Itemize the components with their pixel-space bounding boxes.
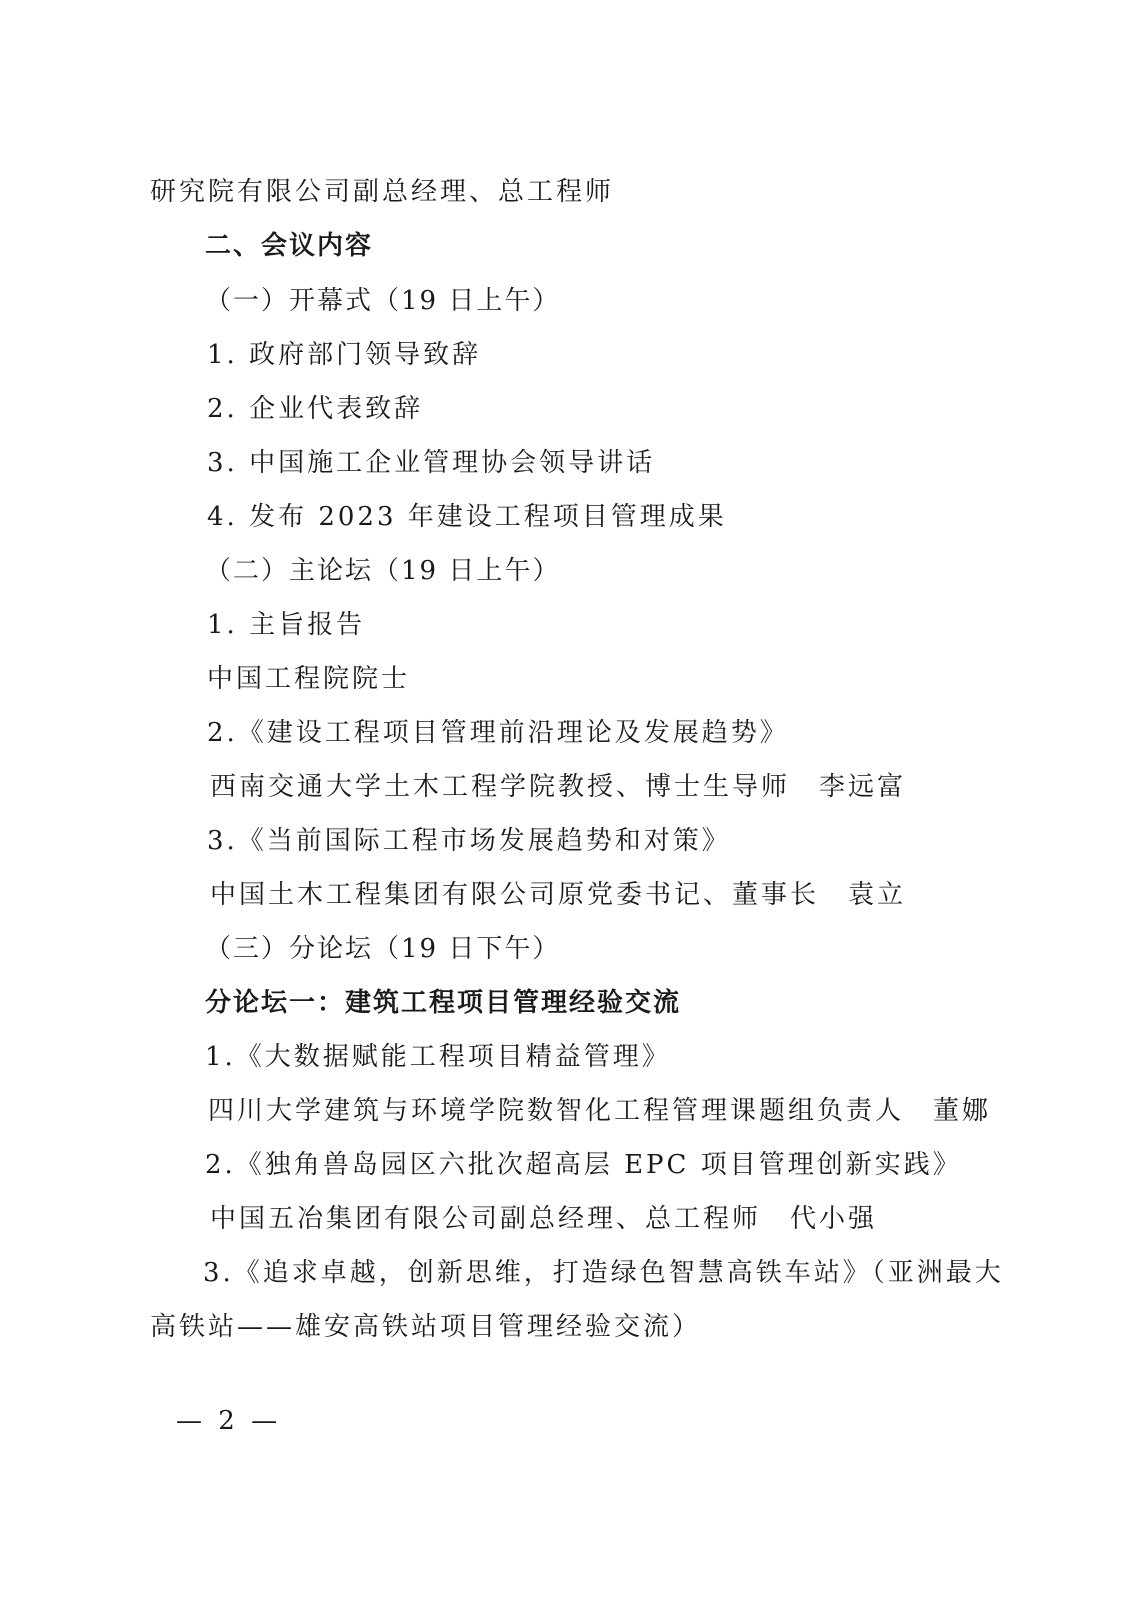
agenda-item: 3.《追求卓越，创新思维，打造绿色智慧高铁车站》（亚洲最大 [203,1256,1004,1290]
agenda-item: 2. 企业代表致辞 [207,392,423,426]
agenda-item: 3.《当前国际工程市场发展趋势和对策》 [207,824,731,858]
agenda-item: 1. 主旨报告 [207,608,365,642]
subsection-opening-ceremony: （一）开幕式（19 日上午） [205,284,560,318]
sub-forum-one-heading: 分论坛一：建筑工程项目管理经验交流 [205,986,681,1020]
agenda-item: 1. 政府部门领导致辞 [207,338,481,372]
agenda-item: 1.《大数据赋能工程项目精益管理》 [205,1040,671,1074]
agenda-item: 4. 发布 2023 年建设工程项目管理成果 [207,500,727,534]
section-heading-meeting-content: 二、会议内容 [205,229,373,263]
speaker-info: 四川大学建筑与环境学院数智化工程管理课题组负责人 董娜 [208,1094,991,1128]
agenda-item: 2.《独角兽岛园区六批次超高层 EPC 项目管理创新实践》 [205,1148,962,1182]
speaker-info: 中国土木工程集团有限公司原党委书记、董事长 袁立 [210,878,906,912]
text-line-continuation: 高铁站——雄安高铁站项目管理经验交流） [150,1310,701,1344]
subsection-sub-forum: （三）分论坛（19 日下午） [205,932,560,966]
agenda-item: 2.《建设工程项目管理前沿理论及发展趋势》 [207,716,789,750]
document-page: 研究院有限公司副总经理、总工程师 二、会议内容 （一）开幕式（19 日上午） 1… [0,0,1131,1600]
speaker-info: 中国工程院院士 [207,662,410,696]
speaker-info: 中国五冶集团有限公司副总经理、总工程师 代小强 [210,1202,877,1236]
page-number: — 2 — [176,1404,281,1438]
text-line-continuation: 研究院有限公司副总经理、总工程师 [150,175,614,209]
speaker-info: 西南交通大学土木工程学院教授、博士生导师 李远富 [210,770,906,804]
subsection-main-forum: （二）主论坛（19 日上午） [205,554,560,588]
agenda-item: 3. 中国施工企业管理协会领导讲话 [207,446,655,480]
